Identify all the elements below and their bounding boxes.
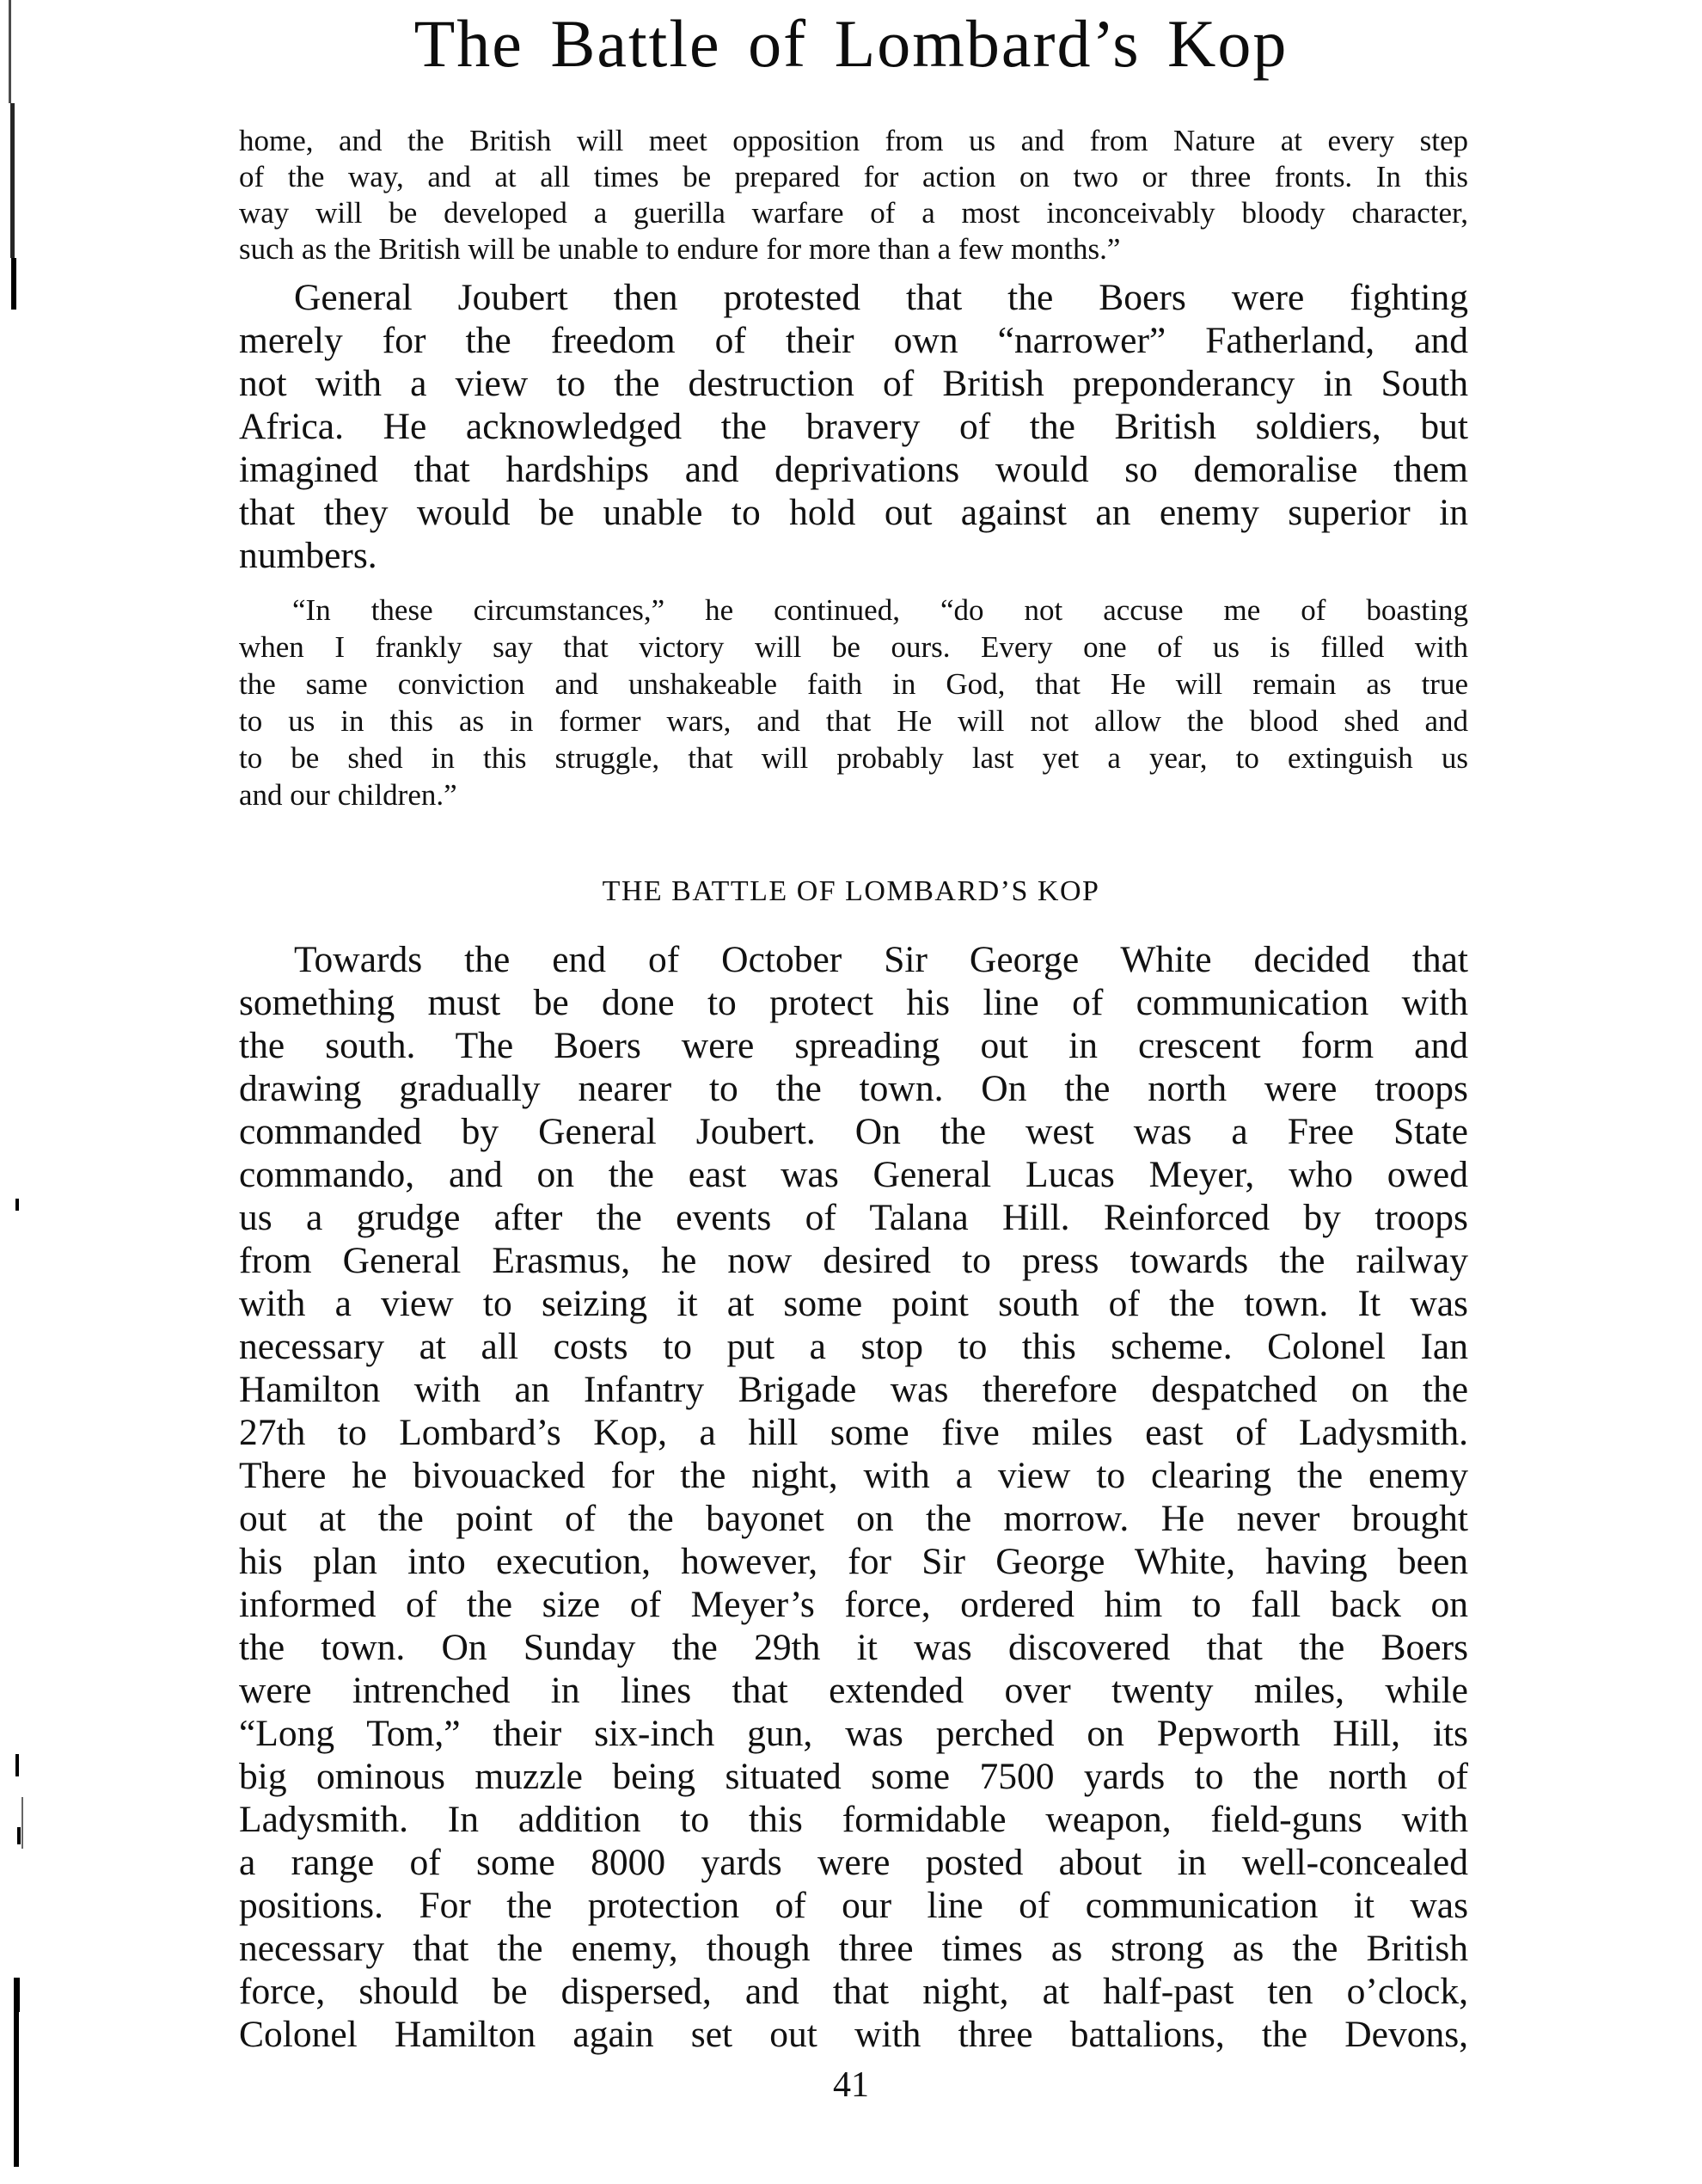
text-line: were intrenched in lines that extended o… — [239, 1672, 1468, 1710]
section-heading: THE BATTLE OF LOMBARD’S KOP — [0, 877, 1702, 906]
text-line: his plan into execution, however, for Si… — [239, 1543, 1468, 1581]
text-line: “Long Tom,” their six-inch gun, was perc… — [239, 1715, 1468, 1753]
scan-edge-mark — [15, 1754, 19, 1776]
text-line: when I frankly say that victory will be … — [239, 632, 1468, 662]
text-line: out at the point of the bayonet on the m… — [239, 1500, 1468, 1538]
page-number: 41 — [0, 2067, 1702, 2103]
text-line: “In these circumstances,” he continued, … — [292, 595, 1468, 625]
text-line: way will be developed a guerilla warfare… — [239, 198, 1468, 228]
text-line: to be shed in this struggle, that will p… — [239, 743, 1468, 773]
scan-edge-mark — [10, 103, 15, 258]
text-line: from General Erasmus, he now desired to … — [239, 1242, 1468, 1280]
text-line: General Joubert then protested that the … — [294, 279, 1468, 317]
text-line: numbers. — [239, 537, 1468, 575]
scan-edge-mark — [17, 1827, 21, 1844]
text-line: necessary at all costs to put a stop to … — [239, 1328, 1468, 1366]
text-line: force, should be dispersed, and that nig… — [239, 1973, 1468, 2011]
text-line: such as the British will be unable to en… — [239, 234, 1468, 264]
text-line: There he bivouacked for the night, with … — [239, 1457, 1468, 1495]
text-line: Africa. He acknowledged the bravery of t… — [239, 408, 1468, 446]
text-line: home, and the British will meet oppositi… — [239, 126, 1468, 156]
text-line: and our children.” — [239, 780, 1468, 810]
text-line: a range of some 8000 yards were posted a… — [239, 1844, 1468, 1882]
text-line: the south. The Boers were spreading out … — [239, 1028, 1468, 1065]
text-line: something must be done to protect his li… — [239, 985, 1468, 1022]
scan-edge-mark — [21, 1797, 23, 1849]
running-head: The Battle of Lombard’s Kop — [0, 10, 1702, 77]
text-line: the town. On Sunday the 29th it was disc… — [239, 1629, 1468, 1667]
text-line: us a grudge after the events of Talana H… — [239, 1199, 1468, 1237]
text-line: to us in this as in former wars, and tha… — [239, 706, 1468, 736]
text-line: of the way, and at all times be prepared… — [239, 162, 1468, 192]
text-line: merely for the freedom of their own “nar… — [239, 322, 1468, 360]
text-line: not with a view to the destruction of Br… — [239, 365, 1468, 403]
scan-edge-mark — [14, 1978, 20, 2012]
text-line: big ominous muzzle being situated some 7… — [239, 1758, 1468, 1796]
text-line: Towards the end of October Sir George Wh… — [294, 942, 1468, 979]
text-line: Hamilton with an Infantry Brigade was th… — [239, 1371, 1468, 1409]
text-line: the same conviction and unshakeable fait… — [239, 669, 1468, 699]
scan-edge-mark — [11, 258, 16, 310]
text-line: necessary that the enemy, though three t… — [239, 1930, 1468, 1968]
text-line: imagined that hardships and deprivations… — [239, 451, 1468, 489]
scan-edge-mark — [15, 1199, 19, 1211]
text-line: informed of the size of Meyer’s force, o… — [239, 1586, 1468, 1624]
text-line: positions. For the protection of our lin… — [239, 1887, 1468, 1925]
text-line: Colonel Hamilton again set out with thre… — [239, 2016, 1468, 2054]
text-line: that they would be unable to hold out ag… — [239, 494, 1468, 532]
book-page: The Battle of Lombard’s Kop home, and th… — [0, 0, 1702, 2184]
text-line: commando, and on the east was General Lu… — [239, 1156, 1468, 1194]
text-line: with a view to seizing it at some point … — [239, 1285, 1468, 1323]
text-line: drawing gradually nearer to the town. On… — [239, 1071, 1468, 1108]
text-line: Ladysmith. In addition to this formidabl… — [239, 1801, 1468, 1839]
text-line: commanded by General Joubert. On the wes… — [239, 1113, 1468, 1151]
text-line: 27th to Lombard’s Kop, a hill some five … — [239, 1414, 1468, 1452]
